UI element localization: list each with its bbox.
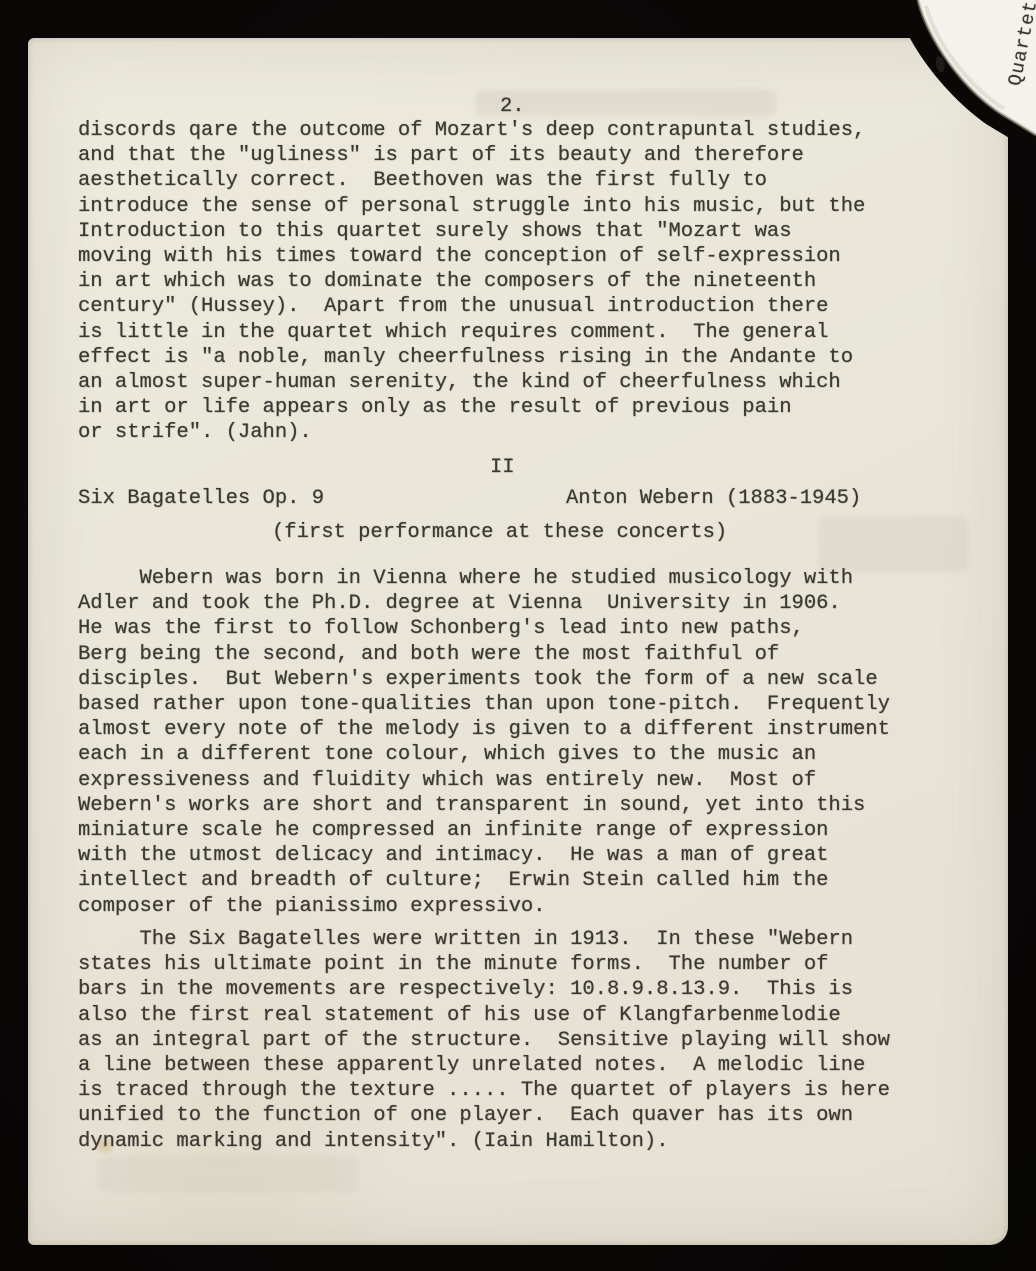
performance-note: (first performance at these concerts)	[272, 520, 727, 545]
section-numeral: II	[490, 455, 515, 480]
document-page: 2. discords qare the outcome of Mozart's…	[28, 38, 1008, 1245]
paragraph-bagatelles: The Six Bagatelles were written in 1913.…	[78, 927, 890, 1154]
page-number: 2.	[500, 94, 525, 119]
paragraph-webern-bio: Webern was born in Vienna where he studi…	[78, 566, 890, 919]
scan-background: 2. discords qare the outcome of Mozart's…	[0, 0, 1036, 1271]
show-through-smudge	[818, 516, 968, 572]
overlapping-page-corner	[806, 0, 1036, 170]
show-through-smudge	[98, 1156, 358, 1192]
paragraph-mozart-quartet: discords qare the outcome of Mozart's de…	[78, 118, 865, 446]
composer-name: Anton Webern (1883-1945)	[566, 486, 861, 511]
work-title: Six Bagatelles Op. 9	[78, 486, 324, 511]
